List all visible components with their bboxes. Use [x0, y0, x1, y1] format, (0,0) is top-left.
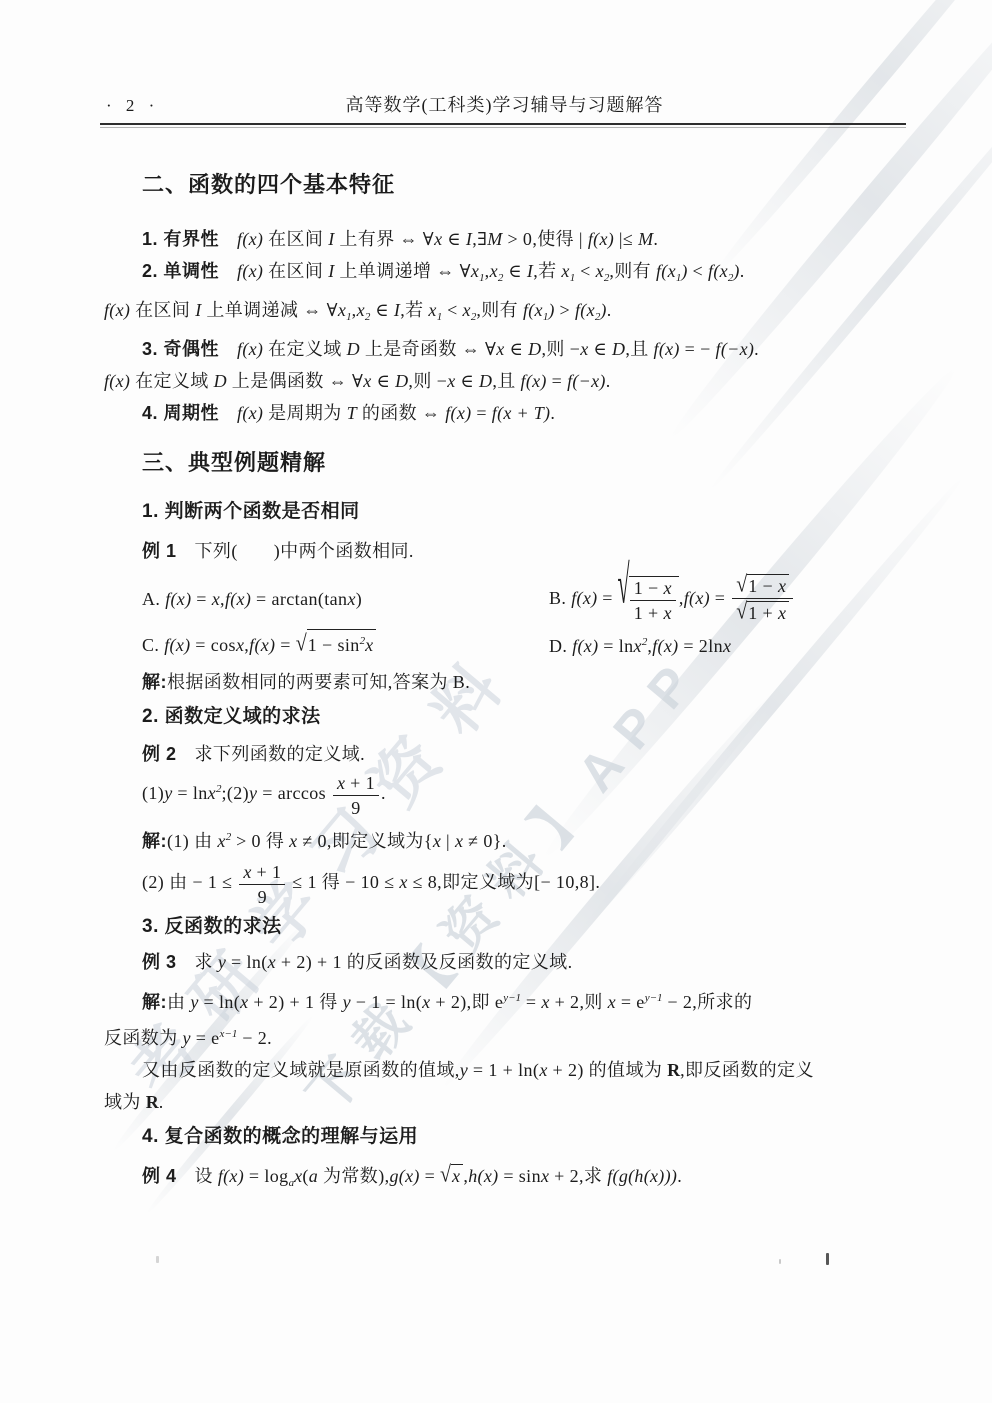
topic-2-heading: 2. 函数定义域的求法 [104, 705, 905, 729]
rad-run: √ [736, 573, 747, 596]
ri-run: x [723, 636, 731, 656]
ri-run: f(x) [164, 635, 190, 655]
rad-run: √ [296, 632, 307, 655]
statement-parity-cont: f(x) 在定义域 D 上是偶函数 ⇔ ∀x ∈ D,则 −x ∈ D,且 f(… [104, 366, 905, 396]
option-b: B. f(x) = √1 − x1 + x,f(x) = √1 − x√1 + … [549, 574, 795, 623]
rad-run: √ [440, 1163, 451, 1186]
ri-run: y [343, 992, 351, 1012]
rb-run: 1. 有界性 [142, 229, 219, 249]
rt-run: 1 + [748, 603, 778, 623]
rt-run: = log [244, 1166, 289, 1186]
ri-run: f(x) [218, 1166, 244, 1186]
rt-run: ∈ [442, 229, 466, 249]
rt-run: = arctan(tan [251, 589, 347, 609]
ri-run: f(x) [572, 636, 598, 656]
statement-monotonicity: 2. 单调性f(x) 在区间 I 上单调递增 ⇔ ∀x1,x2 ∈ I,若 x1… [104, 256, 905, 293]
rt-run: ,若 [400, 300, 428, 320]
rbr-run: R [146, 1092, 159, 1112]
section-heading-2: 二、函数的四个基本特征 [104, 172, 905, 198]
rt-run: . [677, 1166, 682, 1186]
fd-run: 1 + x [630, 601, 676, 623]
statement-parity: 3. 奇偶性f(x) 在定义域 D 上是奇函数 ⇔ ∀x ∈ D,则 −x ∈ … [104, 334, 905, 364]
rs-run: y−1 [503, 992, 521, 1004]
ri-run: M [638, 229, 653, 249]
rt-run: (1) [142, 783, 164, 803]
rbody-run: 1 − sin2x [307, 629, 377, 655]
rt-run: (1) 由 [167, 831, 217, 851]
frac-run: x + 19 [239, 862, 285, 907]
ri-run: y [183, 1028, 191, 1048]
rt-run: ≠ 0}. [463, 831, 506, 851]
ri-run: x [428, 300, 436, 320]
rt-run: 反函数为 [104, 1028, 183, 1048]
ri-run: x [236, 635, 244, 655]
topic-3-heading: 3. 反函数的求法 [104, 915, 905, 939]
section-heading-3: 三、典型例题精解 [104, 450, 905, 476]
ri-run: M [487, 229, 502, 249]
example-4: 例 4设 f(x) = logax(a 为常数),g(x) = √x,h(x) … [104, 1161, 905, 1198]
example-3-solution-cont: 反函数为 y = ex−1 − 2. [104, 1019, 905, 1053]
rt-run: ,则有 [609, 261, 656, 281]
rt-run: + 2),即 e [430, 992, 503, 1012]
sqrt-run: √1 − x1 + x [618, 576, 679, 623]
rb-run: 3. 奇偶性 [142, 339, 219, 359]
rt-run: 上是偶函数 ⇔ ∀ [227, 371, 363, 391]
ri-run: f(x) [521, 371, 547, 391]
fn-run: 1 − x [630, 578, 676, 601]
rt-run: + 2) + 1 得 [248, 992, 342, 1012]
rt-run: 1 − [748, 576, 778, 596]
rbody-run: 1 − x [747, 574, 789, 596]
rt-run: (2) 由 − 1 ≤ [142, 872, 237, 892]
page-number: · 2 · [106, 93, 159, 119]
rad-run: √ [617, 559, 629, 613]
rt-run: = [420, 1166, 440, 1186]
topic-4-heading: 4. 复合函数的概念的理解与运用 [104, 1125, 905, 1149]
rt-run: + 1 [345, 773, 375, 793]
fd-run: 9 [239, 885, 285, 907]
example-3-solution: 解:由 y = ln(x + 2) + 1 得 y − 1 = ln(x + 2… [104, 983, 905, 1017]
rt-run: ∈ [503, 261, 527, 281]
frac-run: x + 19 [333, 773, 379, 818]
sqrt-run: √1 + x [736, 601, 789, 623]
rt-run: = − [680, 339, 716, 359]
frac-run: 1 − x1 + x [630, 578, 676, 623]
example-1: 例 1下列()中两个函数相同. [104, 536, 905, 566]
rb-run: 4. 周期性 [142, 403, 219, 423]
ri-run: x [399, 872, 407, 892]
rt-run: D. [549, 636, 572, 656]
ri-run: x [433, 831, 441, 851]
rt-run: |≤ [614, 229, 638, 249]
rt-run: = e [616, 992, 645, 1012]
rt-run: ∈ [505, 339, 529, 359]
ri-run: y [190, 992, 198, 1012]
rb-run: 例 2 [142, 744, 177, 764]
ri-run: f(x) [654, 339, 680, 359]
ri-run: D [395, 371, 408, 391]
rt-run: ,且 [492, 371, 520, 391]
rt-run: . [550, 403, 555, 423]
textbook-page: 考研学习资料 下载【资料】APP · 2 · 高等数学(工科类)学习辅导与习题解… [0, 0, 992, 1403]
rt-run: = ln( [226, 952, 268, 972]
header-rule [100, 123, 906, 125]
ri-run: f(x [656, 261, 676, 281]
rt-run: 在区间 [263, 229, 328, 249]
ri-run: f(x) [237, 229, 263, 249]
ri-run: x [363, 371, 371, 391]
rt-run: ,且 [625, 339, 653, 359]
scan-speck [779, 1259, 781, 1264]
ri-run: f(x) [588, 229, 614, 249]
ri-run: x [580, 339, 588, 359]
ri-run: x [357, 300, 365, 320]
sqrt-run: √1 − x [736, 574, 789, 596]
page-content: 二、函数的四个基本特征 1. 有界性f(x) 在区间 I 上有界 ⇔ ∀x ∈ … [104, 128, 905, 1198]
rt-run: ∈ [370, 300, 394, 320]
rt-run: C. [142, 635, 164, 655]
ri-run: x [338, 300, 346, 320]
example-1-solution: 解:根据函数相同的两要素可知,答案为 B. [104, 667, 905, 697]
example-3-domain-note-cont: 域为 R. [104, 1087, 905, 1117]
topic-1-heading: 1. 判断两个函数是否相同 [104, 500, 905, 524]
rt-run: ) [356, 589, 362, 609]
fn-run: x + 1 [333, 773, 379, 796]
rt-run: > 0,使得 | [503, 229, 588, 249]
ri-run: x [634, 636, 642, 656]
ri-run: x [243, 862, 251, 882]
rt-run: ,则 − [541, 339, 580, 359]
ri-run: x [212, 589, 220, 609]
ri-run: x [471, 261, 479, 281]
rt-run: = arccos [257, 783, 331, 803]
rt-run: 在定义域 [130, 371, 213, 391]
ri-run: f(x [523, 300, 543, 320]
rb-run: 解: [142, 992, 167, 1012]
rt-run: 的函数 ⇔ [357, 403, 445, 423]
statement-boundedness: 1. 有界性f(x) 在区间 I 上有界 ⇔ ∀x ∈ I,∃M > 0,使得 … [104, 224, 905, 254]
rt-run: + 2,则 [550, 992, 608, 1012]
frac-run: √1 − x√1 + x [732, 574, 793, 623]
ri-run: f(x) [165, 589, 191, 609]
rt-run: = [275, 635, 295, 655]
ri-run: f(x) [652, 636, 678, 656]
ri-run: f(x + T) [492, 403, 551, 423]
rt-run: 上有界 ⇔ ∀ [335, 229, 435, 249]
rt-run: 9 [351, 798, 360, 818]
rb-run: 解: [142, 672, 167, 692]
rt-run: ,则 − [408, 371, 447, 391]
rt-run: 1 − sin [308, 635, 360, 655]
rt-run: = [710, 588, 730, 608]
rt-run: + 2) + 1 的反函数及反函数的定义域. [276, 952, 573, 972]
ri-run: f(x) [104, 371, 130, 391]
rt-run: = cos [190, 635, 236, 655]
fd-run: √1 + x [732, 599, 793, 623]
rt-run: = [191, 589, 211, 609]
rt-run: = ln [173, 783, 208, 803]
rt-run: . [606, 371, 611, 391]
rt-run: B. [549, 588, 571, 608]
rt-run: . [754, 339, 759, 359]
example-2-functions: (1)y = lnx2;(2)y = arccos x + 19. [104, 773, 905, 818]
rt-run: ≠ 0,即定义域为{ [297, 831, 432, 851]
rt-run: > 0 得 [231, 831, 289, 851]
running-title: 高等数学(工科类)学习辅导与习题解答 [104, 92, 905, 118]
rt-run: + 2,求 [549, 1166, 607, 1186]
rt-run: 上单调递增 ⇔ ∀ [335, 261, 471, 281]
rt-run: ∈ [589, 339, 613, 359]
example-2: 例 2求下列函数的定义域. [104, 739, 905, 769]
ri-run: h(x) [468, 1166, 498, 1186]
rs-run: x−1 [220, 1028, 238, 1040]
ri-run: y [164, 783, 172, 803]
rt-run: )中两个函数相同. [274, 541, 414, 561]
ri-run: D [479, 371, 492, 391]
ri-run: f(x) [225, 589, 251, 609]
ri-run: f(x) [237, 261, 263, 281]
rt-run: 在区间 [263, 261, 328, 281]
rt-run: 9 [258, 887, 267, 907]
ri-run: D [612, 339, 625, 359]
rt-run: = e [191, 1028, 220, 1048]
rt-run: = 1 + ln( [468, 1060, 539, 1080]
rt-run: 1 + [634, 603, 664, 623]
rt-run: 为常数), [318, 1166, 389, 1186]
ri-run: a [309, 1166, 318, 1186]
ri-run: x [365, 635, 373, 655]
fn-run: x + 1 [239, 862, 285, 885]
rbody-run: 1 + x [747, 601, 789, 623]
ri-run: f(x [575, 300, 595, 320]
example-3-domain-note: 又由反函数的定义域就是原函数的值域,y = 1 + ln(x + 2) 的值域为… [104, 1055, 905, 1085]
ri-run: f(x) [237, 339, 263, 359]
rt-run: 设 [195, 1166, 218, 1186]
rt-run: . [381, 783, 386, 803]
rb-run: 2. 单调性 [142, 261, 219, 281]
rt-run: ,则有 [476, 300, 523, 320]
ri-run: x [778, 576, 786, 596]
rt-run: 上单调递减 ⇔ ∀ [201, 300, 337, 320]
ri-run: f(g(h(x))) [607, 1166, 677, 1186]
option-d: D. f(x) = lnx2,f(x) = 2lnx [549, 627, 731, 661]
ri-run: f(x) [571, 588, 597, 608]
page-header: · 2 · 高等数学(工科类)学习辅导与习题解答 [104, 92, 905, 118]
rt-run: 域为 [104, 1092, 146, 1112]
rt-run: = ln( [199, 992, 241, 1012]
rt-run: = [471, 403, 491, 423]
rt-run: + 1 [252, 862, 282, 882]
ri-run: f(x) [445, 403, 471, 423]
ri-run: f(x) [684, 588, 710, 608]
scan-speck [826, 1253, 829, 1265]
example-2-solution-1: 解:(1) 由 x2 > 0 得 x ≠ 0,即定义域为{x | x ≠ 0}. [104, 822, 905, 856]
fn-run: √1 − x [732, 574, 793, 599]
ri-run: x [664, 603, 672, 623]
rt-run: = ln [598, 636, 633, 656]
rt-run: . [159, 1092, 164, 1112]
rt-run: = sin [498, 1166, 541, 1186]
rt-run: − 1 = ln( [351, 992, 422, 1012]
rt-run: = 2ln [678, 636, 723, 656]
option-row-cd: C. f(x) = cosx,f(x) = √1 − sin2x D. f(x)… [104, 627, 905, 661]
rb-run: 例 4 [142, 1166, 177, 1186]
ri-run: x [541, 992, 549, 1012]
ri-run: D [347, 339, 360, 359]
ri-run: g(x) [390, 1166, 420, 1186]
rt-run: − 2. [237, 1028, 272, 1048]
fd-run: 9 [333, 796, 379, 818]
ri-run: x [490, 261, 498, 281]
ri-run: y [218, 952, 226, 972]
ri-run: f(x) [249, 635, 275, 655]
ri-run: D [528, 339, 541, 359]
example-2-solution-2: (2) 由 − 1 ≤ x + 19 ≤ 1 得 − 10 ≤ x ≤ 8,即定… [104, 862, 905, 907]
statement-periodicity: 4. 周期性f(x) 是周期为 T 的函数 ⇔ f(x) = f(x + T). [104, 398, 905, 428]
ri-run: D [214, 371, 227, 391]
rt-run: ≤ 1 得 − 10 ≤ [287, 872, 399, 892]
rt-run: 是周期为 [263, 403, 346, 423]
rt-run: 求下列函数的定义域. [195, 744, 366, 764]
rt-run: 根据函数相同的两要素可知,答案为 B. [167, 672, 470, 692]
ri-run: x [452, 1166, 460, 1186]
ri-run: f(x) [104, 300, 130, 320]
rs-run: y−1 [645, 992, 663, 1004]
rt-run: 上是奇函数 ⇔ ∀ [360, 339, 496, 359]
rt-run: < [688, 261, 708, 281]
rt-run: 下列( [195, 541, 238, 561]
rt-run: = [597, 588, 617, 608]
rt-run: ,∃ [472, 229, 487, 249]
rt-run: 求 [195, 952, 218, 972]
sqrt-run: √x [440, 1161, 463, 1191]
rad-run: √ [736, 600, 747, 623]
ri-run: y [460, 1060, 468, 1080]
ri-run: x [208, 783, 216, 803]
rt-run: 在区间 [130, 300, 195, 320]
rt-run: . [607, 300, 612, 320]
rt-run: A. [142, 589, 165, 609]
rt-run: 1 − [634, 578, 664, 598]
option-a: A. f(x) = x,f(x) = arctan(tanx) [142, 584, 549, 614]
ri-run: x [561, 261, 569, 281]
rt-run: 又由反函数的定义域就是原函数的值域, [142, 1060, 460, 1080]
ri-run: x [664, 578, 672, 598]
rb-run: 解: [142, 831, 167, 851]
sqrt-run: √1 − sin2x [296, 629, 377, 660]
ri-run: f(−x) [567, 371, 606, 391]
ri-run: x [539, 1060, 547, 1080]
rt-run: ∈ [455, 371, 479, 391]
rt-run: 由 [167, 992, 190, 1012]
option-c: C. f(x) = cosx,f(x) = √1 − sin2x [142, 629, 549, 660]
option-row-ab: A. f(x) = x,f(x) = arctan(tanx) B. f(x) … [104, 574, 905, 623]
rbody-run: x [451, 1164, 463, 1186]
rt-run: − 2,所求的 [663, 992, 753, 1012]
ri-run: x [463, 300, 471, 320]
rbody-run: 1 − x1 + x [629, 576, 679, 623]
statement-monotonicity-cont: f(x) 在区间 I 上单调递减 ⇔ ∀x1,x2 ∈ I,若 x1 < x2,… [104, 295, 905, 332]
ri-run: x [268, 952, 276, 972]
rt-run: > [555, 300, 575, 320]
rt-run: . [740, 261, 745, 281]
ri-run: x [217, 831, 225, 851]
ri-run: x [496, 339, 504, 359]
ri-run: f(−x) [716, 339, 755, 359]
rt-run: 在定义域 [263, 339, 346, 359]
ri-run: x [596, 261, 604, 281]
scan-speck [156, 1256, 159, 1263]
rb-run: 例 3 [142, 952, 177, 972]
rt-run: ∈ [372, 371, 396, 391]
rt-run: = [547, 371, 567, 391]
rt-run: < [442, 300, 462, 320]
example-3: 例 3求 y = ln(x + 2) + 1 的反函数及反函数的定义域. [104, 947, 905, 977]
rt-run: < [575, 261, 595, 281]
ri-run: f(x) [237, 403, 263, 423]
rbr-run: R [667, 1060, 680, 1080]
rt-run: | [441, 831, 455, 851]
rb-run: 例 1 [142, 541, 177, 561]
ri-run: x [778, 603, 786, 623]
ri-run: x [347, 589, 355, 609]
ri-run: f(x [708, 261, 728, 281]
rt-run: + 2) 的值域为 [548, 1060, 668, 1080]
rt-run: . [653, 229, 658, 249]
rt-run: ≤ 8,即定义域为[− 10,8]. [408, 872, 601, 892]
rt-run: ;(2) [221, 783, 249, 803]
ri-run: T [347, 403, 357, 423]
rt-run: ,即反函数的定义 [680, 1060, 814, 1080]
rt-run: ,若 [533, 261, 561, 281]
ri-run: x [608, 992, 616, 1012]
rt-run: = [521, 992, 541, 1012]
